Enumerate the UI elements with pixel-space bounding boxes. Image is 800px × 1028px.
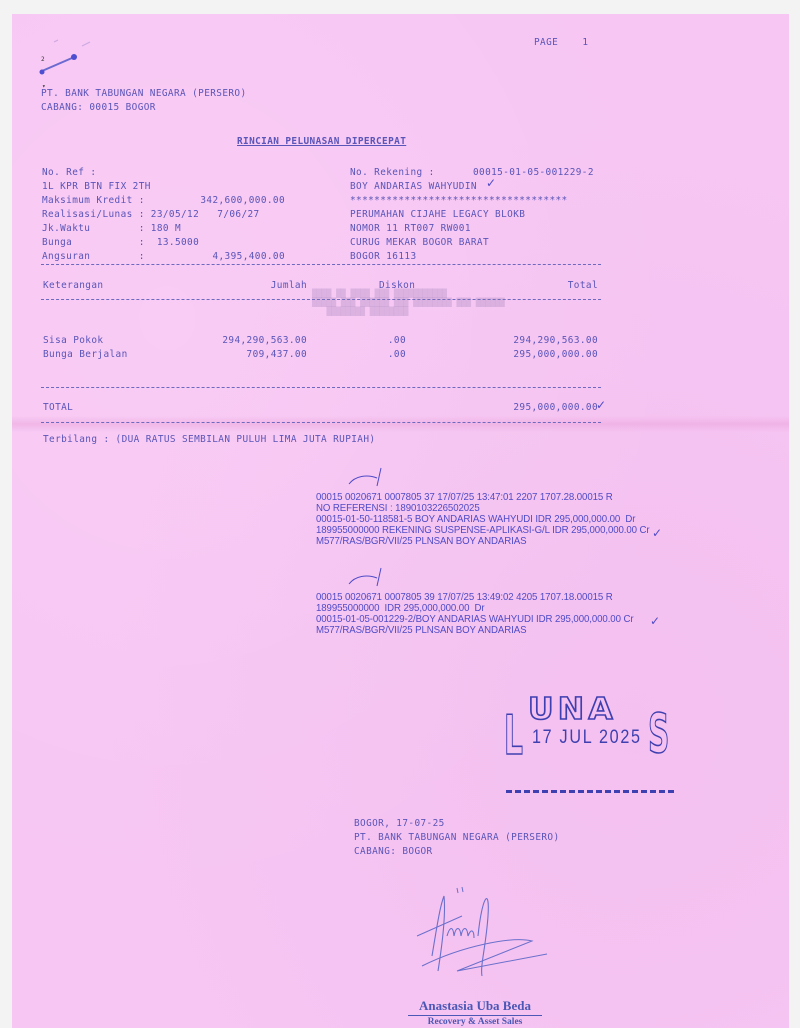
- no-ref-label: No. Ref :: [42, 168, 96, 177]
- stamp-letter-s: S: [648, 702, 669, 765]
- row-diskon: .00: [342, 336, 406, 345]
- row-diskon: .00: [342, 350, 406, 359]
- check-mark-icon: ✓: [652, 526, 662, 540]
- divider: [41, 387, 601, 388]
- page-number: 1: [582, 37, 588, 48]
- footer-branch: CABANG: BOGOR: [354, 847, 433, 856]
- transaction-block-2: 00015 0020671 0007805 39 17/07/25 13:49:…: [316, 592, 633, 636]
- document-title: RINCIAN PELUNASAN DIPERCEPAT: [237, 137, 406, 146]
- realisasi-lunas: Realisasi/Lunas : 23/05/12 7/06/27: [42, 210, 260, 219]
- branch: CABANG: 00015 BOGOR: [41, 103, 156, 112]
- bank-name: PT. BANK TABUNGAN NEGARA (PERSERO): [41, 89, 247, 98]
- row-total: 295,000,000.00: [482, 350, 598, 359]
- address-line-3: CURUG MEKAR BOGOR BARAT: [350, 238, 489, 247]
- bleed-through-text: ████ ██ ████ ███ ███████████ █████ ███ █…: [312, 289, 505, 316]
- jangka-waktu: Jk.Waktu : 180 M: [42, 224, 181, 233]
- row-jumlah: 709,437.00: [192, 350, 307, 359]
- document-page: 2 ▾ PAGE 1 PT. BANK TABUNGAN NEGARA (PER…: [12, 14, 789, 1028]
- stamp-underline: [506, 790, 674, 793]
- check-mark-icon: ✓: [596, 398, 606, 412]
- transaction-block-1: 00015 0020671 0007805 37 17/07/25 13:47:…: [316, 492, 650, 547]
- product-name: 1L KPR BTN FIX 2TH: [42, 182, 151, 191]
- stamp-date: 17 JUL 2025: [532, 727, 642, 749]
- col-header-total: Total: [532, 281, 598, 290]
- pen-mark: [347, 466, 407, 488]
- scribble-mark: 2 ▾: [32, 36, 192, 96]
- signer-name: Anastasia Uba Beda: [408, 998, 542, 1016]
- page-label: PAGE 1: [534, 38, 588, 47]
- terbilang: Terbilang : (DUA RATUS SEMBILAN PULUH LI…: [43, 435, 375, 444]
- bunga: Bunga : 13.5000: [42, 238, 199, 247]
- address-line-2: NOMOR 11 RT007 RW001: [350, 224, 471, 233]
- svg-text:2: 2: [41, 56, 45, 63]
- divider: [41, 264, 601, 265]
- footer-bank-name: PT. BANK TABUNGAN NEGARA (PERSERO): [354, 833, 560, 842]
- signer-role: Recovery & Asset Sales: [408, 1017, 542, 1027]
- angsuran-value: 4,395,400.00: [42, 252, 285, 261]
- paper-fold: [12, 416, 789, 432]
- address-line-4: BOGOR 16113: [350, 252, 417, 261]
- row-total: 294,290,563.00: [482, 336, 598, 345]
- signature: [402, 876, 562, 986]
- row-keterangan: Bunga Berjalan: [43, 350, 128, 359]
- total-value: 295,000,000.00: [482, 403, 598, 412]
- total-label: TOTAL: [43, 403, 73, 412]
- transaction-line: M577/RAS/BGR/VII/25 PLNSAN BOY ANDARIAS: [316, 625, 633, 636]
- row-keterangan: Sisa Pokok: [43, 336, 103, 345]
- page-label-text: PAGE: [534, 37, 558, 48]
- place-date: BOGOR, 17-07-25: [354, 819, 445, 828]
- divider: [41, 422, 601, 423]
- check-mark-icon: ✓: [486, 176, 496, 190]
- pen-mark: [347, 566, 407, 588]
- customer-name: BOY ANDARIAS WAHYUDIN: [350, 182, 477, 191]
- col-header-jumlah: Jumlah: [249, 281, 307, 290]
- check-mark-icon: ✓: [650, 614, 660, 628]
- max-credit-value: 342,600,000.00: [42, 196, 285, 205]
- stamp-letters-una: UNA: [528, 692, 617, 727]
- row-jumlah: 294,290,563.00: [192, 336, 307, 345]
- stamp-letter-l: L: [504, 704, 523, 767]
- lunas-stamp: L UNA S 17 JUL 2025: [502, 684, 682, 794]
- transaction-line: M577/RAS/BGR/VII/25 PLNSAN BOY ANDARIAS: [316, 536, 650, 547]
- account-label: No. Rekening :: [350, 168, 435, 177]
- masked-field: ************************************: [350, 196, 568, 205]
- address-line-1: PERUMAHAN CIJAHE LEGACY BLOKB: [350, 210, 525, 219]
- col-header-keterangan: Keterangan: [43, 281, 103, 290]
